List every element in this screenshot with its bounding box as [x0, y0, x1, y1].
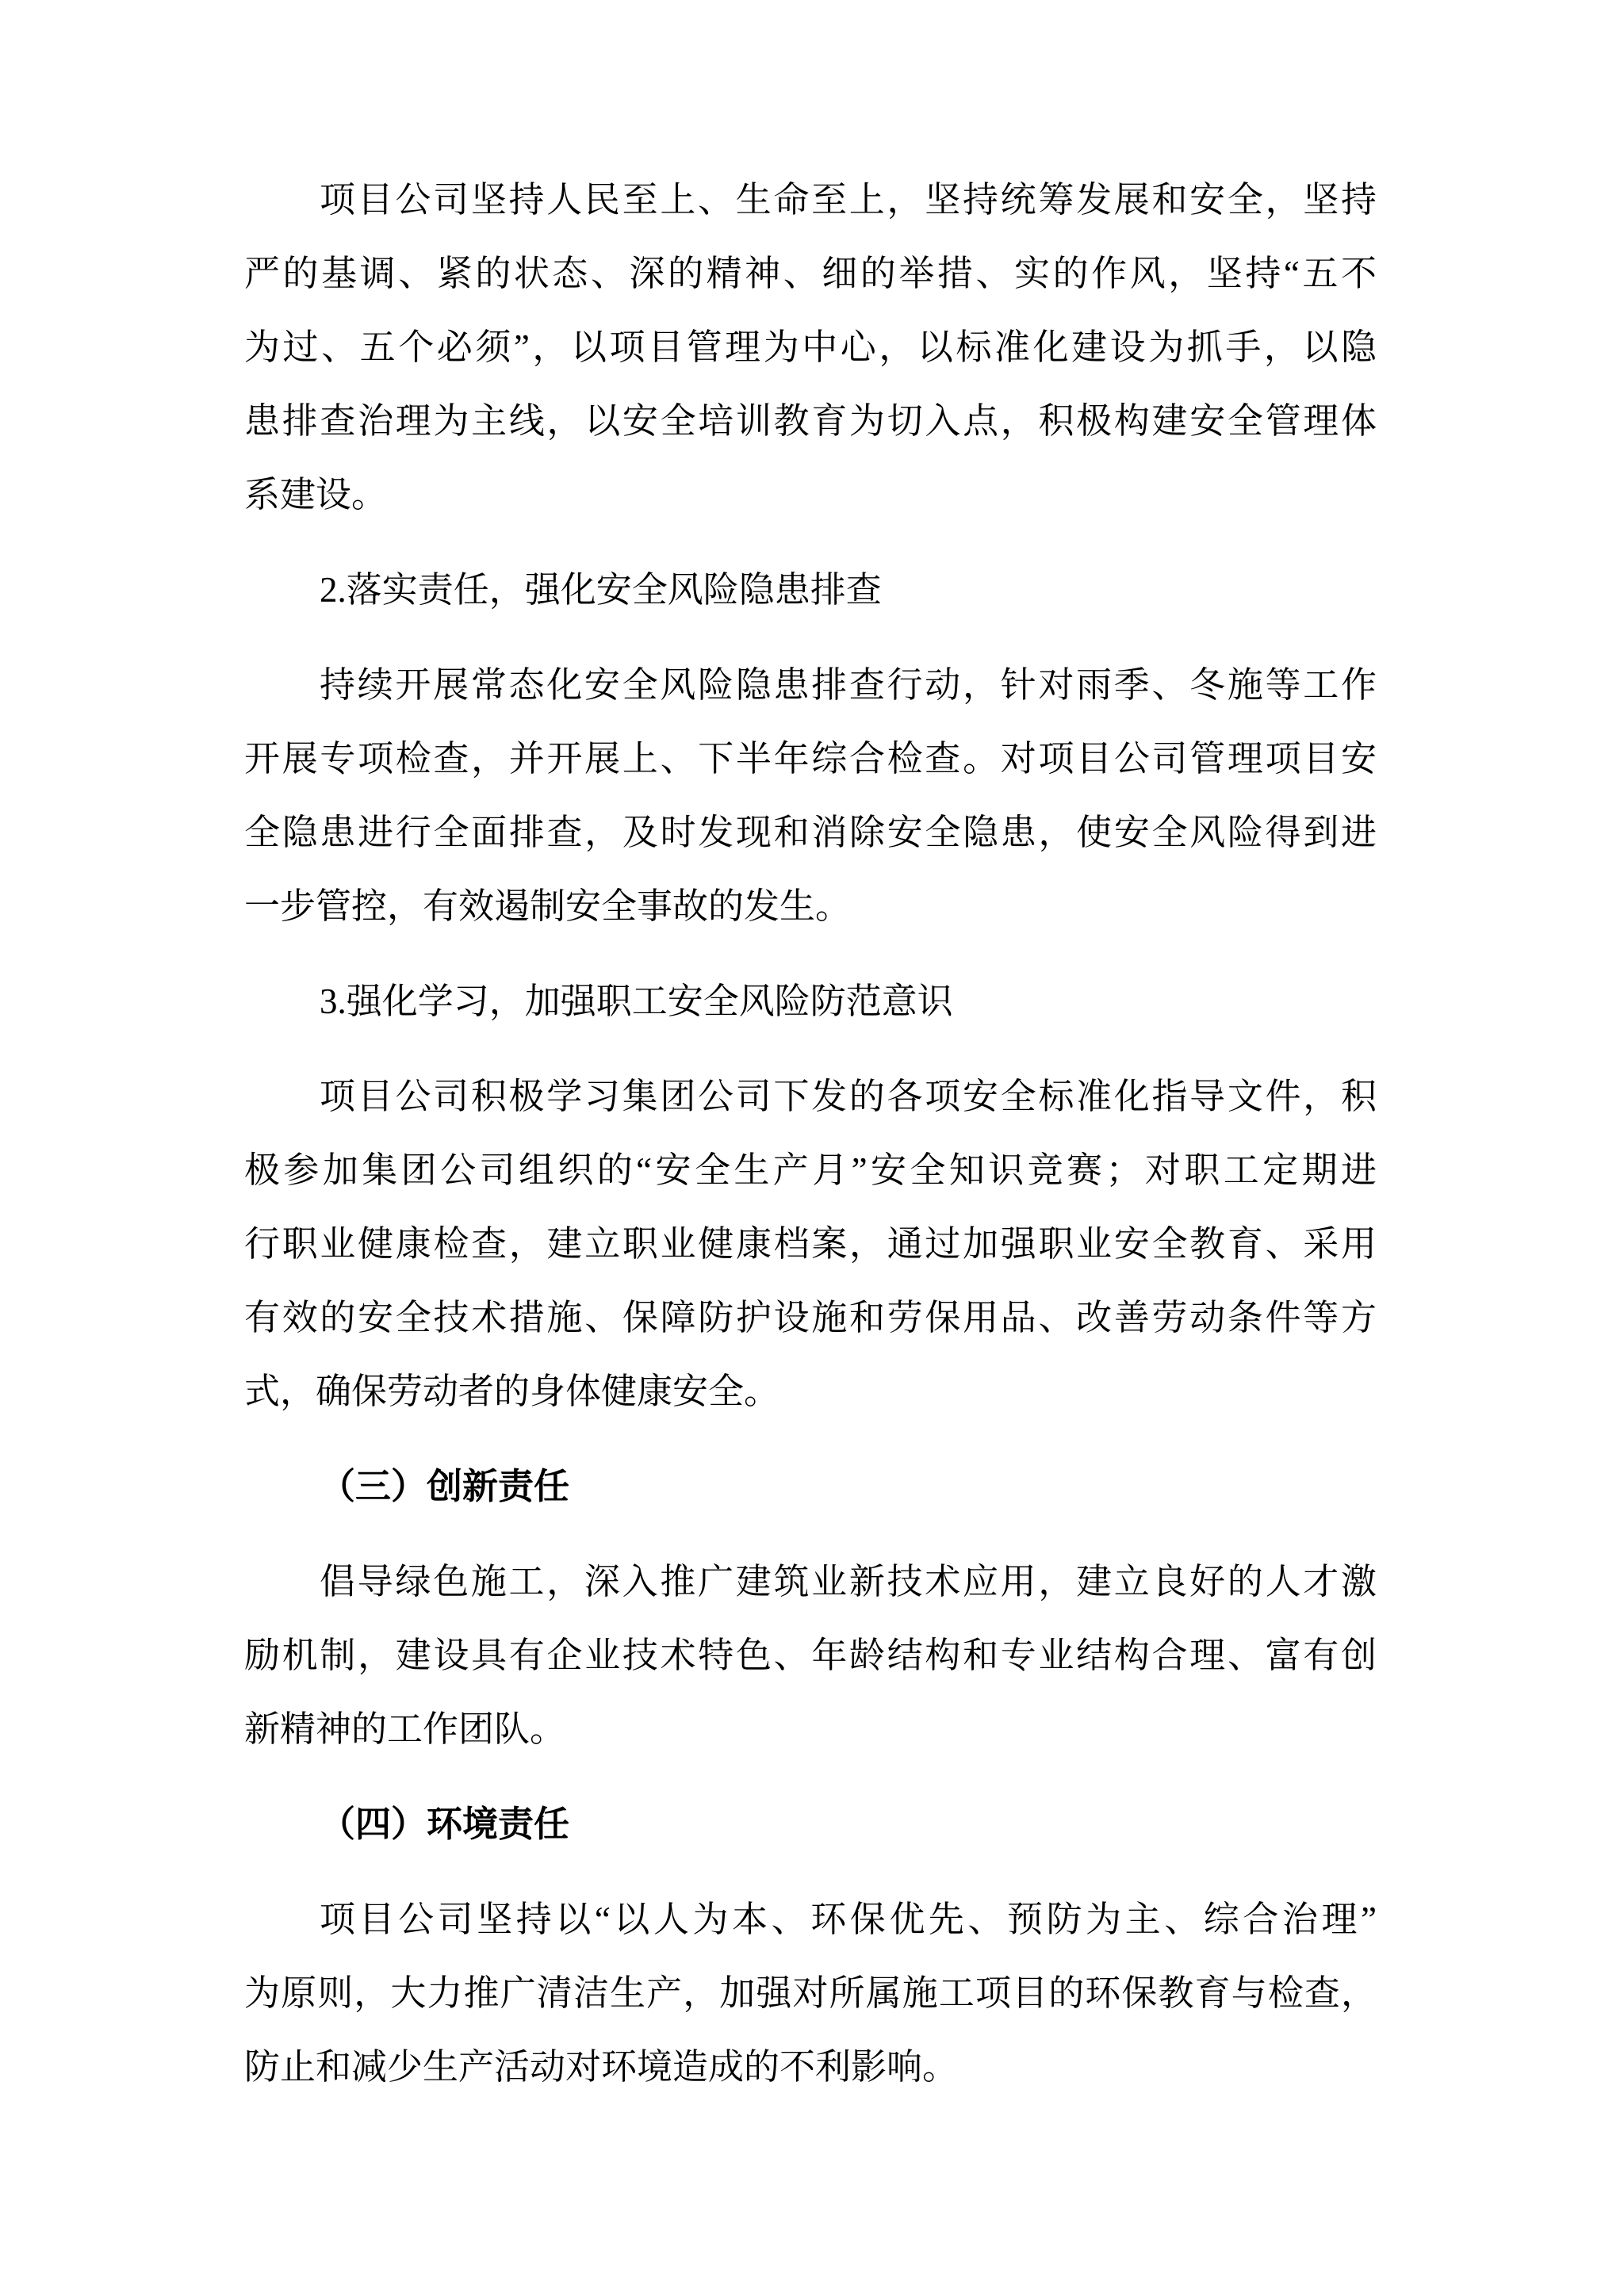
text-line: 极参加集团公司组织的“安全生产月”安全知识竞赛；对职工定期进 — [244, 1134, 1377, 1207]
text-line: 持续开展常态化安全风险隐患排查行动，针对雨季、冬施等工作 — [244, 649, 1377, 722]
text-line: （三）创新责任 — [244, 1450, 1377, 1524]
text-line: 一步管控，有效遏制安全事故的发生。 — [244, 870, 1377, 943]
section-heading: （四）环境责任 — [244, 1788, 1377, 1862]
text-line: 防止和减少生产活动对环境造成的不利影响。 — [244, 2030, 1377, 2104]
text-line: 式，确保劳动者的身体健康安全。 — [244, 1355, 1377, 1429]
text-line: 患排查治理为主线，以安全培训教育为切入点，积极构建安全管理体 — [244, 385, 1377, 458]
text-line: 倡导绿色施工，深入推广建筑业新技术应用，建立良好的人才激 — [244, 1545, 1377, 1619]
text-line: 2.落实责任，强化安全风险隐患排查 — [244, 553, 1377, 627]
text-line: （四）环境责任 — [244, 1788, 1377, 1862]
text-line: 有效的安全技术措施、保障防护设施和劳保用品、改善劳动条件等方 — [244, 1281, 1377, 1355]
numbered-subheading: 2.落实责任，强化安全风险隐患排查 — [244, 553, 1377, 627]
text-line: 项目公司积极学习集团公司下发的各项安全标准化指导文件，积 — [244, 1060, 1377, 1134]
section-heading: （三）创新责任 — [244, 1450, 1377, 1524]
text-line: 3.强化学习，加强职工安全风险防范意识 — [244, 965, 1377, 1039]
body-paragraph: 项目公司积极学习集团公司下发的各项安全标准化指导文件，积极参加集团公司组织的“安… — [244, 1060, 1377, 1429]
text-line: 开展专项检查，并开展上、下半年综合检查。对项目公司管理项目安 — [244, 722, 1377, 796]
numbered-subheading: 3.强化学习，加强职工安全风险防范意识 — [244, 965, 1377, 1039]
text-line: 励机制，建设具有企业技术特色、年龄结构和专业结构合理、富有创 — [244, 1619, 1377, 1693]
body-paragraph: 项目公司坚持以“以人为本、环保优先、预防为主、综合治理”为原则，大力推广清洁生产… — [244, 1883, 1377, 2104]
text-line: 行职业健康检查，建立职业健康档案，通过加强职业安全教育、采用 — [244, 1207, 1377, 1281]
body-paragraph: 项目公司坚持人民至上、生命至上，坚持统筹发展和安全，坚持严的基调、紧的状态、深的… — [244, 163, 1377, 532]
text-column: 项目公司坚持人民至上、生命至上，坚持统筹发展和安全，坚持严的基调、紧的状态、深的… — [244, 163, 1377, 2104]
body-paragraph: 倡导绿色施工，深入推广建筑业新技术应用，建立良好的人才激励机制，建设具有企业技术… — [244, 1545, 1377, 1766]
text-line: 新精神的工作团队。 — [244, 1693, 1377, 1766]
body-paragraph: 持续开展常态化安全风险隐患排查行动，针对雨季、冬施等工作开展专项检查，并开展上、… — [244, 649, 1377, 943]
text-line: 为过、五个必须”，以项目管理为中心，以标准化建设为抓手，以隐 — [244, 311, 1377, 385]
text-line: 项目公司坚持人民至上、生命至上，坚持统筹发展和安全，坚持 — [244, 163, 1377, 237]
text-line: 全隐患进行全面排查，及时发现和消除安全隐患，使安全风险得到进 — [244, 796, 1377, 870]
text-line: 项目公司坚持以“以人为本、环保优先、预防为主、综合治理” — [244, 1883, 1377, 1957]
text-line: 为原则，大力推广清洁生产，加强对所属施工项目的环保教育与检查， — [244, 1957, 1377, 2030]
document-page: 项目公司坚持人民至上、生命至上，坚持统筹发展和安全，坚持严的基调、紧的状态、深的… — [0, 0, 1624, 2296]
text-line: 系建设。 — [244, 458, 1377, 532]
text-line: 严的基调、紧的状态、深的精神、细的举措、实的作风，坚持“五不 — [244, 237, 1377, 311]
